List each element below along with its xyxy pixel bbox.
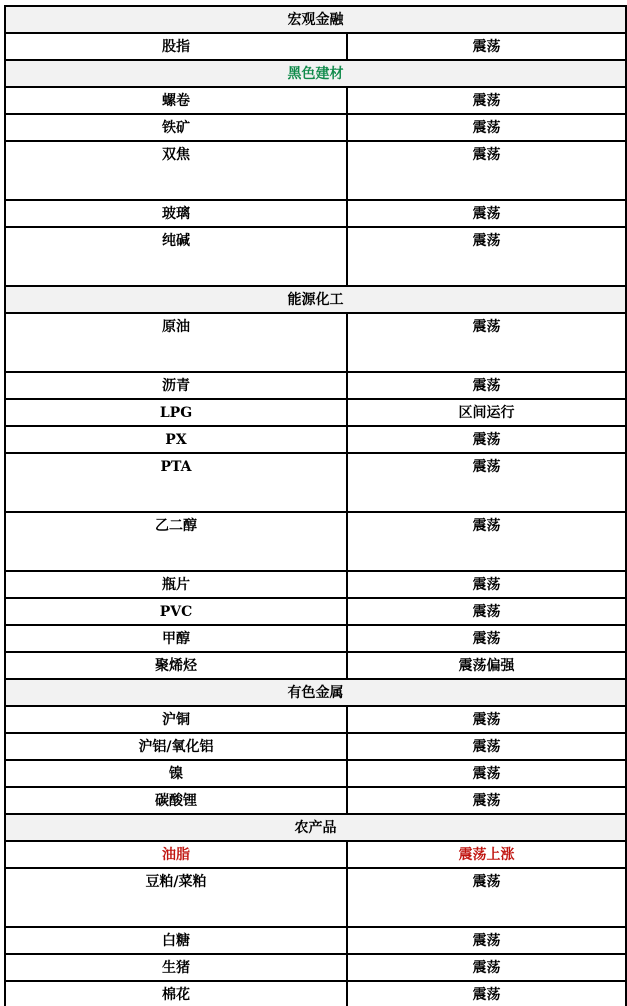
commodity-view: 震荡 [347,372,626,399]
commodity-name: 油脂 [5,841,347,868]
table-row: PTA 震荡 [5,453,626,512]
table-row: 原油 震荡 [5,313,626,372]
commodity-name: LPG [5,399,347,426]
commodity-outlook-table: 宏观金融 股指 震荡 黑色建材 螺卷 震荡 铁矿 震荡 双焦 震荡 玻璃 震荡 … [4,5,627,1006]
table-row: 股指 震荡 [5,33,626,60]
commodity-name: 生猪 [5,954,347,981]
section-title: 农产品 [5,814,626,841]
commodity-name: 聚烯烃 [5,652,347,679]
commodity-view: 震荡 [347,733,626,760]
commodity-name: 铁矿 [5,114,347,141]
table-row: 镍 震荡 [5,760,626,787]
commodity-view: 震荡 [347,114,626,141]
table-row: PVC 震荡 [5,598,626,625]
commodity-name: 瓶片 [5,571,347,598]
commodity-name: PX [5,426,347,453]
commodity-name: 沥青 [5,372,347,399]
commodity-name: 乙二醇 [5,512,347,571]
commodity-view: 震荡 [347,141,626,200]
commodity-name: 棉花 [5,981,347,1006]
commodity-view: 震荡 [347,954,626,981]
commodity-name: 玻璃 [5,200,347,227]
table-row: 沪铝/氧化铝 震荡 [5,733,626,760]
commodity-view: 震荡 [347,453,626,512]
commodity-name: PVC [5,598,347,625]
table-row-highlighted: 油脂 震荡上涨 [5,841,626,868]
commodity-view: 震荡 [347,706,626,733]
section-header-macro-finance: 宏观金融 [5,6,626,33]
commodity-view: 区间运行 [347,399,626,426]
commodity-view: 震荡 [347,200,626,227]
commodity-name: 豆粕/菜粕 [5,868,347,927]
commodity-view: 震荡上涨 [347,841,626,868]
commodity-view: 震荡 [347,981,626,1006]
commodity-name: 镍 [5,760,347,787]
commodity-view: 震荡 [347,571,626,598]
commodity-name: 沪铝/氧化铝 [5,733,347,760]
section-title: 有色金属 [5,679,626,706]
section-header-ferrous-building: 黑色建材 [5,60,626,87]
commodity-name: 螺卷 [5,87,347,114]
table-row: LPG 区间运行 [5,399,626,426]
commodity-view: 震荡 [347,868,626,927]
commodity-view: 震荡 [347,598,626,625]
table-row: 白糖 震荡 [5,927,626,954]
table-row: 沪铜 震荡 [5,706,626,733]
table-row: 甲醇 震荡 [5,625,626,652]
commodity-view: 震荡 [347,87,626,114]
section-title: 宏观金融 [5,6,626,33]
table-row: 双焦 震荡 [5,141,626,200]
table-row: 生猪 震荡 [5,954,626,981]
commodity-view: 震荡 [347,426,626,453]
table-row: 纯碱 震荡 [5,227,626,286]
commodity-view: 震荡 [347,625,626,652]
section-header-nonferrous-metals: 有色金属 [5,679,626,706]
table-row: 碳酸锂 震荡 [5,787,626,814]
commodity-name: 白糖 [5,927,347,954]
commodity-view: 震荡 [347,512,626,571]
commodity-name: 沪铜 [5,706,347,733]
commodity-view: 震荡 [347,760,626,787]
table-row: 铁矿 震荡 [5,114,626,141]
table-row: 棉花 震荡 [5,981,626,1006]
table-row: PX 震荡 [5,426,626,453]
section-header-agricultural: 农产品 [5,814,626,841]
commodity-view: 震荡 [347,33,626,60]
section-header-energy-chemicals: 能源化工 [5,286,626,313]
commodity-view: 震荡 [347,227,626,286]
commodity-name: PTA [5,453,347,512]
section-title: 能源化工 [5,286,626,313]
commodity-name: 碳酸锂 [5,787,347,814]
commodity-view: 震荡 [347,787,626,814]
commodity-name: 甲醇 [5,625,347,652]
commodity-view: 震荡 [347,313,626,372]
table-row: 沥青 震荡 [5,372,626,399]
table-row: 聚烯烃 震荡偏强 [5,652,626,679]
section-title: 黑色建材 [5,60,626,87]
table-row: 玻璃 震荡 [5,200,626,227]
table-row: 豆粕/菜粕 震荡 [5,868,626,927]
table-row: 螺卷 震荡 [5,87,626,114]
commodity-name: 股指 [5,33,347,60]
table-row: 瓶片 震荡 [5,571,626,598]
commodity-view: 震荡偏强 [347,652,626,679]
commodity-name: 纯碱 [5,227,347,286]
commodity-view: 震荡 [347,927,626,954]
commodity-name: 双焦 [5,141,347,200]
commodity-name: 原油 [5,313,347,372]
table-row: 乙二醇 震荡 [5,512,626,571]
